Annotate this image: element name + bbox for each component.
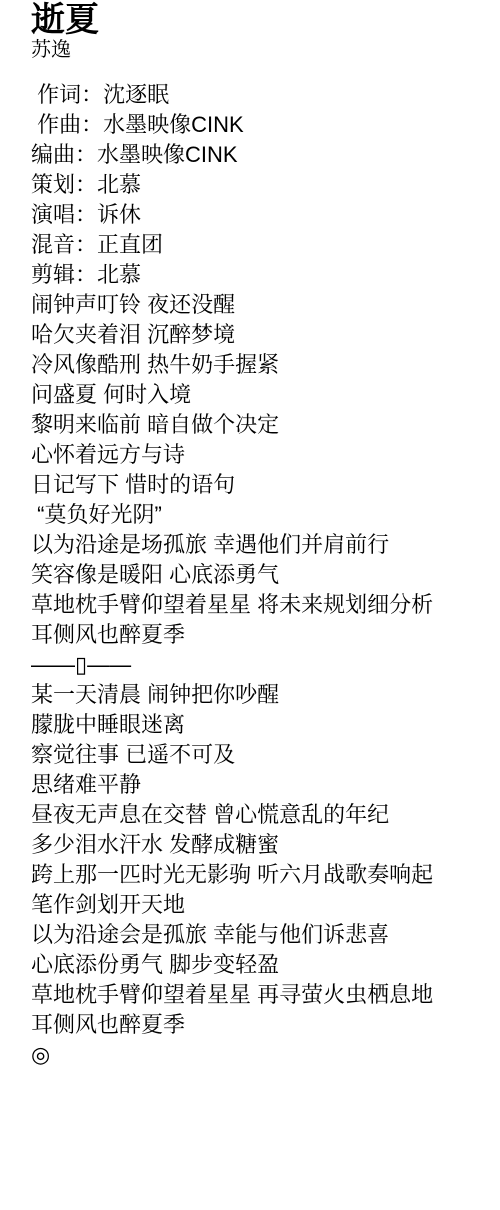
lyric-line: 察觉往事 已遥不可及: [31, 740, 490, 770]
credits-list: 作词：沈逐眠 作曲：水墨映像CINK编曲：水墨映像CINK策划：北慕演唱：诉休混…: [31, 80, 490, 290]
lyric-line: 草地枕手臂仰望着星星 将未来规划细分析: [31, 590, 490, 620]
song-title: 逝夏: [31, 2, 490, 38]
lyric-line: 耳侧风也醉夏季: [31, 1010, 490, 1040]
credit-line: 剪辑：北慕: [31, 260, 490, 290]
lyric-line: 以为沿途是场孤旅 幸遇他们并肩前行: [31, 530, 490, 560]
lyrics-list: 闹钟声叮铃 夜还没醒哈欠夹着泪 沉醉梦境冷风像酷刑 热牛奶手握紧问盛夏 何时入境…: [31, 290, 490, 1070]
lyric-line: 笑容像是暖阳 心底添勇气: [31, 560, 490, 590]
credit-line: 编曲：水墨映像CINK: [31, 140, 490, 170]
lyric-line: 昼夜无声息在交替 曾心慌意乱的年纪: [31, 800, 490, 830]
lyric-line: 笔作剑划开天地: [31, 890, 490, 920]
credit-line: 作曲：水墨映像CINK: [31, 110, 490, 140]
lyric-line: 问盛夏 何时入境: [31, 380, 490, 410]
lyric-line: 闹钟声叮铃 夜还没醒: [31, 290, 490, 320]
lyric-line: 哈欠夹着泪 沉醉梦境: [31, 320, 490, 350]
lyric-line: 黎明来临前 暗自做个决定: [31, 410, 490, 440]
lyric-line: 朦胧中睡眼迷离: [31, 710, 490, 740]
lyric-line: 耳侧风也醉夏季: [31, 620, 490, 650]
lyric-line: 心怀着远方与诗: [31, 440, 490, 470]
lyric-line: 以为沿途会是孤旅 幸能与他们诉悲喜: [31, 920, 490, 950]
lyric-line: 日记写下 惜时的语句: [31, 470, 490, 500]
lyric-line: ——▯——: [31, 650, 490, 680]
credit-line: 混音：正直团: [31, 230, 490, 260]
lyric-line: 冷风像酷刑 热牛奶手握紧: [31, 350, 490, 380]
lyrics-page: 逝夏 苏逸 作词：沈逐眠 作曲：水墨映像CINK编曲：水墨映像CINK策划：北慕…: [0, 0, 500, 1210]
lyric-line: 跨上那一匹时光无影驹 听六月战歌奏响起: [31, 860, 490, 890]
credit-line: 作词：沈逐眠: [31, 80, 490, 110]
lyric-line: 某一天清晨 闹钟把你吵醒: [31, 680, 490, 710]
lyric-line: ◎: [31, 1040, 490, 1070]
lyric-line: “莫负好光阴”: [31, 500, 490, 530]
lyric-line: 思绪难平静: [31, 770, 490, 800]
credit-line: 演唱：诉休: [31, 200, 490, 230]
lyric-line: 心底添份勇气 脚步变轻盈: [31, 950, 490, 980]
lyric-line: 多少泪水汗水 发酵成糖蜜: [31, 830, 490, 860]
artist-name: 苏逸: [31, 38, 490, 62]
lyric-line: 草地枕手臂仰望着星星 再寻萤火虫栖息地: [31, 980, 490, 1010]
credit-line: 策划：北慕: [31, 170, 490, 200]
